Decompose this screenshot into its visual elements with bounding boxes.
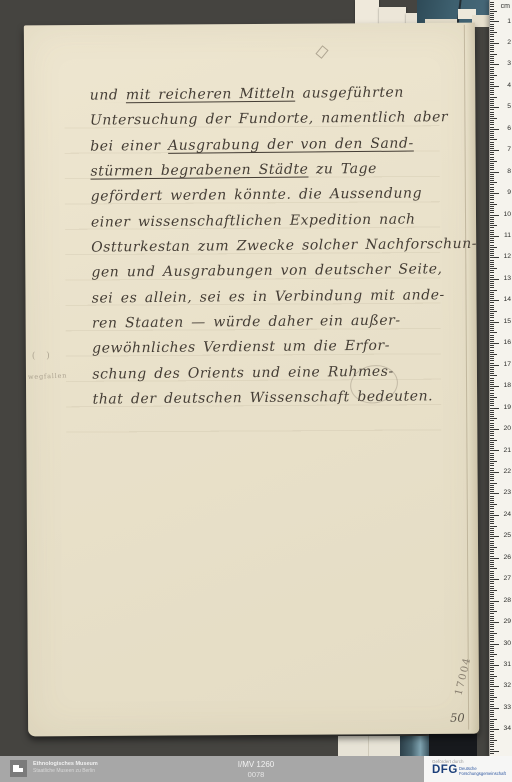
ruler-tick: [490, 674, 494, 675]
ruler-tick: [490, 716, 494, 717]
ruler-tick: [490, 369, 494, 370]
ruler-tick: [490, 650, 494, 651]
ruler-tick: [490, 603, 494, 604]
ruler-tick: [490, 450, 499, 451]
pencil-margin-parens: ( ): [32, 351, 54, 361]
ruler-tick: [490, 133, 494, 134]
ruler-tick: [490, 382, 494, 383]
ruler-tick: [490, 285, 494, 286]
ruler-tick: [490, 21, 499, 22]
ruler: cm 1234567891011121314151617181920212223…: [489, 0, 512, 757]
ruler-tick: [490, 455, 494, 456]
ruler-tick: [490, 654, 497, 655]
ruler-tick: [490, 446, 494, 447]
ruler-tick: [490, 322, 499, 323]
ruler-tick: [490, 204, 497, 205]
ruler-tick: [490, 678, 494, 679]
ruler-tick: [490, 710, 494, 711]
ruler-tick: [490, 693, 494, 694]
ruler-tick: [490, 496, 494, 497]
ruler-tick: [490, 498, 494, 499]
ruler-tick: [490, 395, 494, 396]
ruler-tick: [490, 137, 494, 138]
ruler-tick: [490, 588, 494, 589]
ruler-tick: [490, 335, 494, 336]
ruler-number: 16: [503, 339, 511, 346]
ruler-tick: [490, 513, 494, 514]
ruler-tick: [490, 144, 494, 145]
ruler-tick: [490, 283, 494, 284]
ruler-tick: [490, 275, 494, 276]
ruler-tick: [490, 551, 494, 552]
ruler-tick: [490, 412, 494, 413]
ruler-number: 33: [503, 704, 511, 711]
ruler-tick: [490, 414, 494, 415]
ruler-tick: [490, 247, 497, 248]
ruler-tick: [490, 586, 494, 587]
ruler-tick: [490, 504, 497, 505]
ruler-tick: [490, 86, 499, 87]
pencil-diamond-mark: [315, 45, 328, 59]
ruler-tick: [490, 260, 494, 261]
ruler-tick: [490, 36, 494, 37]
ruler-tick: [490, 547, 497, 548]
ruler-tick: [490, 697, 497, 698]
ruler-number: 6: [507, 125, 511, 132]
ruler-tick: [490, 631, 494, 632]
ruler-tick: [490, 573, 494, 574]
ruler-tick: [490, 152, 494, 153]
ruler-number: 29: [503, 618, 511, 625]
ruler-tick: [490, 191, 494, 192]
ruler-tick: [490, 478, 494, 479]
ruler-unit-label: cm: [501, 3, 510, 10]
ruler-tick: [490, 142, 494, 143]
ruler-tick: [490, 564, 494, 565]
ruler-tick: [490, 706, 494, 707]
ruler-tick: [490, 127, 494, 128]
ruler-tick: [490, 238, 494, 239]
ruler-tick: [490, 583, 494, 584]
ruler-tick: [490, 315, 494, 316]
ruler-tick: [490, 356, 494, 357]
ruler-tick: [490, 15, 494, 16]
ruler-number: 7: [507, 146, 511, 153]
ruler-tick: [490, 701, 494, 702]
ruler-tick: [490, 751, 499, 752]
ruler-tick: [490, 577, 494, 578]
ruler-tick: [490, 49, 494, 50]
ruler-tick: [490, 234, 494, 235]
ruler-tick: [490, 680, 494, 681]
ruler-tick: [490, 575, 494, 576]
ruler-tick: [490, 598, 494, 599]
ruler-tick: [490, 352, 494, 353]
ruler-tick: [490, 704, 494, 705]
ruler-number: 24: [503, 511, 511, 518]
ruler-tick: [490, 401, 494, 402]
ruler-tick: [490, 39, 494, 40]
ruler-tick: [490, 725, 494, 726]
ruler-tick: [490, 440, 497, 441]
ruler-tick: [490, 240, 494, 241]
ruler-tick: [490, 187, 494, 188]
ruler-tick: [490, 217, 494, 218]
ruler-tick: [490, 135, 494, 136]
ruler-tick: [490, 97, 497, 98]
handwritten-line: sei es allein, sei es in Verbindung mit …: [92, 287, 452, 316]
ruler-tick: [490, 45, 494, 46]
ruler-tick: [490, 227, 494, 228]
ruler-tick: [490, 19, 494, 20]
ruler-tick: [490, 30, 494, 31]
ruler-tick: [490, 212, 494, 213]
ruler-tick: [490, 536, 499, 537]
ruler-tick: [490, 545, 494, 546]
ruler-tick: [490, 118, 497, 119]
ruler-tick: [490, 281, 494, 282]
ruler-tick: [490, 122, 494, 123]
ruler-tick: [490, 146, 494, 147]
ruler-tick: [490, 601, 499, 602]
ruler-tick: [490, 667, 494, 668]
ruler-tick: [490, 487, 494, 488]
ruler-tick: [490, 712, 494, 713]
ruler-tick: [490, 611, 497, 612]
ruler-tick: [490, 433, 494, 434]
ruler-tick: [490, 526, 497, 527]
ruler-tick: [490, 354, 497, 355]
ruler-tick: [490, 129, 499, 130]
ruler-tick: [490, 736, 494, 737]
ruler-tick: [490, 313, 494, 314]
ruler-tick: [490, 195, 494, 196]
ruler-tick: [490, 150, 499, 151]
ruler-tick: [490, 744, 494, 745]
ruler-tick: [490, 309, 494, 310]
ruler-tick: [490, 562, 494, 563]
ruler-tick: [490, 637, 494, 638]
ruler-tick: [490, 538, 494, 539]
ruler-tick: [490, 32, 497, 33]
ruler-tick: [490, 311, 497, 312]
ruler-tick: [490, 67, 494, 68]
paper-fragment: [338, 736, 400, 757]
ruler-number: 13: [503, 275, 511, 282]
ruler-tick: [490, 62, 494, 63]
ruler-tick: [490, 384, 494, 385]
ruler-tick: [490, 431, 494, 432]
ruler-tick: [490, 521, 494, 522]
ruler-tick: [490, 519, 494, 520]
ruler-tick: [490, 530, 494, 531]
ruler-tick: [490, 64, 499, 65]
ruler-tick: [490, 339, 494, 340]
ruler-tick: [490, 84, 494, 85]
ruler-tick: [490, 457, 494, 458]
ruler-tick: [490, 180, 494, 181]
ruler-tick: [490, 746, 494, 747]
ruler-tick: [490, 427, 494, 428]
ruler-number: 5: [507, 103, 511, 110]
ruler-tick: [490, 652, 494, 653]
ruler-tick: [490, 139, 497, 140]
ruler-tick: [490, 266, 494, 267]
ruler-tick: [490, 347, 494, 348]
ruler-tick: [490, 656, 494, 657]
ruler-tick: [490, 517, 494, 518]
handwritten-line: gen und Ausgrabungen von deutscher Seite…: [91, 262, 451, 291]
ruler-tick: [490, 365, 499, 366]
ruler-number: 17: [503, 361, 511, 368]
ruler-tick: [490, 178, 494, 179]
ruler-number: 28: [503, 597, 511, 604]
ruler-tick: [490, 262, 494, 263]
ruler-tick: [490, 719, 497, 720]
ruler-tick: [490, 418, 497, 419]
ruler-tick: [490, 92, 494, 93]
ruler-tick: [490, 112, 494, 113]
ruler-tick: [490, 699, 494, 700]
ruler-tick: [490, 157, 494, 158]
ruler-tick: [490, 236, 499, 237]
ruler-tick: [490, 43, 499, 44]
ruler-tick: [490, 6, 494, 7]
ruler-tick: [490, 558, 499, 559]
ruler-tick: [490, 225, 497, 226]
ruler-tick: [490, 493, 499, 494]
ruler-tick: [490, 221, 494, 222]
ruler-tick: [490, 189, 494, 190]
ruler-number: 19: [503, 404, 511, 411]
ruler-tick: [490, 592, 494, 593]
ruler-tick: [490, 202, 494, 203]
ruler-tick: [490, 358, 494, 359]
ruler-number: 22: [503, 468, 511, 475]
ruler-tick: [490, 257, 499, 258]
ruler-tick: [490, 373, 494, 374]
ruler-tick: [490, 416, 494, 417]
ruler-number: 31: [503, 661, 511, 668]
ruler-tick: [490, 399, 494, 400]
ruler-tick: [490, 470, 494, 471]
ruler-tick: [490, 71, 494, 72]
archive-photo-background: und mit reicheren Mitteln ausgeführtenUn…: [0, 0, 512, 782]
ruler-tick: [490, 742, 494, 743]
ruler-tick: [490, 90, 494, 91]
ruler-tick: [490, 459, 494, 460]
ruler-tick: [490, 94, 494, 95]
ruler-tick: [490, 508, 494, 509]
ruler-tick: [490, 279, 499, 280]
ruler-tick: [490, 105, 494, 106]
ruler-tick: [490, 543, 494, 544]
ruler-tick: [490, 58, 494, 59]
handwritten-line: ren Staaten — würde daher ein außer-: [92, 312, 452, 341]
ruler-tick: [490, 734, 494, 735]
ruler-tick: [490, 438, 494, 439]
ruler-tick: [490, 468, 494, 469]
ruler-tick: [490, 620, 494, 621]
ruler-tick: [490, 174, 494, 175]
ruler-tick: [490, 669, 494, 670]
ruler-tick: [490, 326, 494, 327]
ruler-tick: [490, 676, 497, 677]
ruler-tick: [490, 161, 497, 162]
ruler-tick: [490, 13, 494, 14]
ruler-number: 27: [503, 575, 511, 582]
ruler-tick: [490, 131, 494, 132]
ruler-tick: [490, 435, 494, 436]
ruler-tick: [490, 708, 499, 709]
ruler-tick: [490, 341, 494, 342]
ruler-tick: [490, 581, 494, 582]
ruler-number: 32: [503, 682, 511, 689]
handwritten-line: gewöhnliches Verdienst um die Erfor-: [92, 338, 452, 367]
ruler-tick: [490, 590, 497, 591]
ruler-tick: [490, 472, 499, 473]
ruler-number: 30: [503, 640, 511, 647]
ruler-tick: [490, 120, 494, 121]
ruler-number: 34: [503, 725, 511, 732]
ruler-tick: [490, 290, 497, 291]
ruler-tick: [490, 476, 494, 477]
ruler-tick: [490, 182, 497, 183]
ruler-tick: [490, 628, 494, 629]
ruler-tick: [490, 172, 499, 173]
ruler-tick: [490, 320, 494, 321]
ruler-tick: [490, 641, 494, 642]
handwritten-line: bei einer Ausgrabung der von den Sand-: [90, 135, 450, 164]
ruler-tick: [490, 300, 499, 301]
ruler-tick: [490, 648, 494, 649]
ruler-tick: [490, 393, 494, 394]
ruler-tick: [490, 729, 499, 730]
ruler-tick: [490, 210, 494, 211]
ruler-tick: [490, 302, 494, 303]
ruler-tick: [490, 534, 494, 535]
ruler-tick: [490, 489, 494, 490]
handwritten-line: Untersuchung der Fundorte, namentlich ab…: [90, 109, 450, 138]
pencil-margin-note: wegfallen: [28, 371, 68, 381]
ruler-tick: [490, 624, 494, 625]
ruler-tick: [490, 689, 494, 690]
ruler-tick: [490, 330, 494, 331]
ruler-tick: [490, 75, 497, 76]
funder-name-line2: Forschungsgemeinschaft: [459, 771, 506, 776]
ruler-tick: [490, 502, 494, 503]
ruler-tick: [490, 114, 494, 115]
ruler-tick: [490, 723, 494, 724]
ruler-tick: [490, 264, 494, 265]
ruler-tick: [490, 420, 494, 421]
ruler-tick: [490, 223, 494, 224]
ruler-tick: [490, 56, 494, 57]
ruler-tick: [490, 51, 494, 52]
ruler-tick: [490, 215, 499, 216]
ruler-number: 10: [503, 211, 511, 218]
ruler-tick: [490, 740, 497, 741]
ruler-tick: [490, 753, 494, 754]
ruler-tick: [490, 448, 494, 449]
handwritten-line: einer wissenschaftlichen Expedition nach: [91, 211, 451, 240]
dfg-logo-block: Gefördert durch DFG Deutsche Forschungsg…: [424, 756, 512, 782]
ruler-tick: [490, 103, 494, 104]
ruler-tick: [490, 618, 494, 619]
ruler-tick: [490, 390, 494, 391]
ruler-tick: [490, 28, 494, 29]
ruler-tick: [490, 568, 497, 569]
ruler-tick: [490, 292, 494, 293]
ruler-tick: [490, 423, 494, 424]
ruler-tick: [490, 491, 494, 492]
ruler-tick: [490, 232, 494, 233]
ruler-number: 20: [503, 425, 511, 432]
ruler-tick: [490, 184, 494, 185]
ruler-number: 26: [503, 554, 511, 561]
ruler-tick: [490, 727, 494, 728]
ruler-tick: [490, 101, 494, 102]
ruler-tick: [490, 528, 494, 529]
ruler-tick: [490, 408, 499, 409]
ruler-tick: [490, 167, 494, 168]
ruler-tick: [490, 659, 494, 660]
ruler-tick: [490, 511, 494, 512]
ruler-number: 21: [503, 447, 511, 454]
ruler-tick: [490, 17, 494, 18]
ruler-tick: [490, 425, 494, 426]
ruler-tick: [490, 665, 499, 666]
ruler-tick: [490, 367, 494, 368]
ruler-tick: [490, 77, 494, 78]
ruler-tick: [490, 386, 499, 387]
pencil-page-number: 50: [450, 711, 465, 725]
ruler-tick: [490, 242, 494, 243]
ruler-tick: [490, 483, 497, 484]
ruler-tick: [490, 60, 494, 61]
ruler-tick: [490, 594, 494, 595]
ruler-tick: [490, 465, 494, 466]
ruler-tick: [490, 253, 494, 254]
ruler-tick: [490, 154, 494, 155]
ruler-tick: [490, 79, 494, 80]
ruler-tick: [490, 616, 494, 617]
ruler-tick: [490, 328, 494, 329]
ruler-number: 11: [504, 232, 511, 239]
ruler-tick: [490, 691, 494, 692]
ruler-tick: [490, 245, 494, 246]
ruler-tick: [490, 199, 494, 200]
ruler-tick: [490, 560, 494, 561]
ruler-tick: [490, 350, 494, 351]
ruler-tick: [490, 343, 499, 344]
ruler-tick: [490, 163, 494, 164]
ruler-tick: [490, 731, 494, 732]
ruler-tick: [490, 380, 494, 381]
ruler-tick: [490, 317, 494, 318]
ruler-tick: [490, 453, 494, 454]
ruler-tick: [490, 116, 494, 117]
ruler-tick: [490, 11, 497, 12]
ruler-tick: [490, 360, 494, 361]
ruler-tick: [490, 24, 494, 25]
ruler-tick: [490, 54, 497, 55]
ruler-tick: [490, 249, 494, 250]
ruler-tick: [490, 695, 494, 696]
ruler-tick: [490, 714, 494, 715]
ruler-tick: [490, 363, 494, 364]
ruler-tick: [490, 148, 494, 149]
